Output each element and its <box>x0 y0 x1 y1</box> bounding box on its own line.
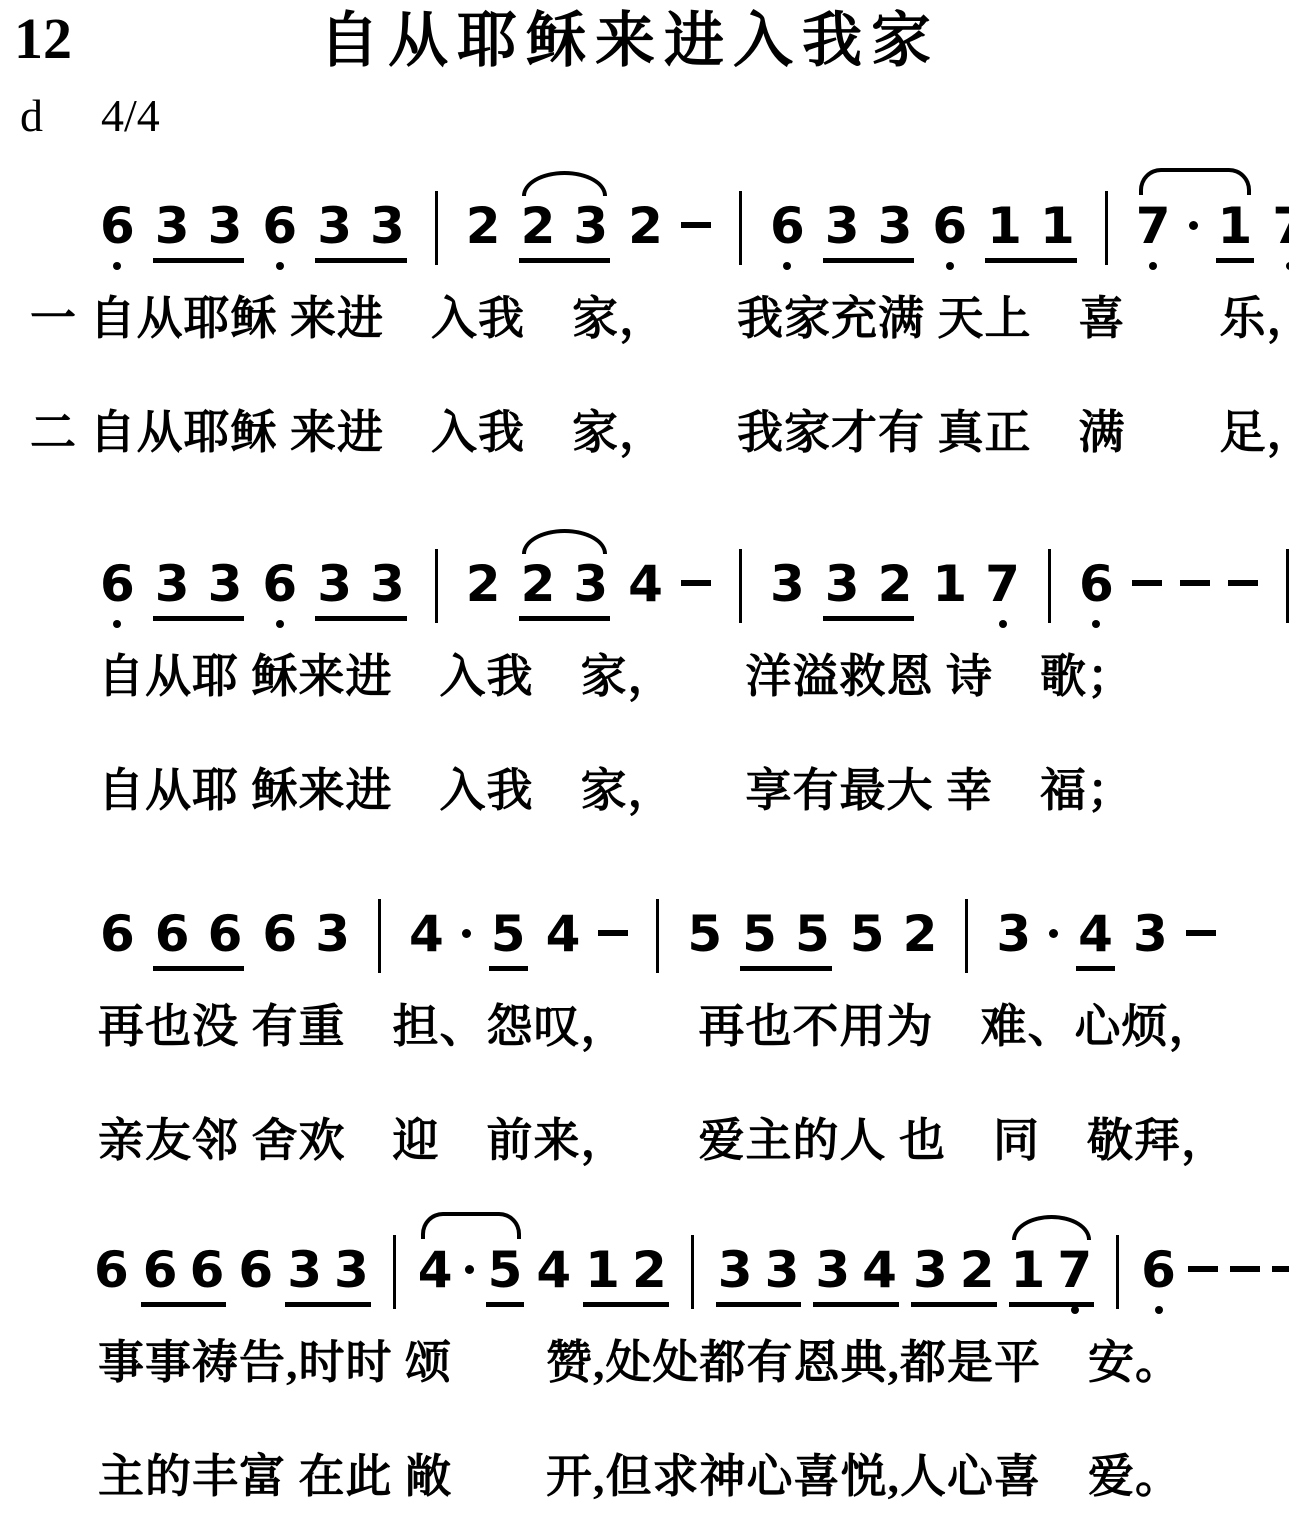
low-octave-dot-icon <box>783 262 791 270</box>
note: 1 <box>932 556 967 612</box>
lyric-line: 二 自从耶稣 来进 入我 家， 我家才有 真正 满 足， <box>30 406 1275 460</box>
duration-dash <box>1188 1266 1218 1272</box>
note: 2 <box>521 556 556 612</box>
note: 4 <box>536 1242 571 1298</box>
notation-line: 6666345455552343 <box>100 906 1275 972</box>
notation-line: 6336332232633611717 <box>100 198 1275 264</box>
note: 6 <box>1141 1242 1176 1298</box>
lyric-line: 再也没 有重 担、怨叹， 再也不用为 难、心烦， <box>98 1000 1275 1054</box>
beam-group: 23 <box>519 198 611 263</box>
note: 7 <box>1057 1242 1092 1298</box>
note: 1 <box>1040 198 1075 254</box>
note: 5 <box>687 906 722 962</box>
note: 4 <box>1078 906 1113 962</box>
note: 7 <box>1136 198 1171 254</box>
system-3: 6666345455552343再也没 有重 担、怨叹， 再也不用为 难、心烦，… <box>14 906 1275 1168</box>
beam-group: 55 <box>740 906 832 971</box>
note: 4 <box>628 556 663 612</box>
beam-group: 33 <box>823 198 915 263</box>
lyric-line: 亲友邻 舍欢 迎 前来， 爱主的人 也 同 敬拜， <box>98 1114 1275 1168</box>
lyric-line: 事事祷告,时时 颂 赞,处处都有恩典,都是平 安。 <box>98 1336 1275 1390</box>
low-octave-dot-icon <box>946 262 954 270</box>
system-4: 66663345412333432176事事祷告,时时 颂 赞,处处都有恩典,都… <box>14 1242 1275 1504</box>
note: 3 <box>825 556 860 612</box>
duration-dash <box>681 580 711 586</box>
note: 1 <box>1011 1242 1046 1298</box>
lyric-line: 自从耶 稣来进 入我 家， 享有最大 幸 福； <box>98 764 1275 818</box>
barline <box>1048 549 1051 623</box>
key-time-row: d 4/4 <box>20 90 1275 142</box>
duration-dash <box>681 222 711 228</box>
augmentation-dot-icon <box>1049 929 1058 938</box>
note: 5 <box>488 1242 523 1298</box>
slur-arc-icon <box>1012 1215 1092 1240</box>
barline <box>1105 191 1108 265</box>
time-signature: 4/4 <box>101 90 160 142</box>
duration-dash <box>1228 580 1258 586</box>
note: 1 <box>1218 198 1253 254</box>
note: 3 <box>765 1242 800 1298</box>
low-octave-dot-icon <box>1149 262 1157 270</box>
note: 3 <box>573 198 608 254</box>
note: 6 <box>100 906 135 962</box>
note: 5 <box>742 906 777 962</box>
note: 6 <box>262 198 297 254</box>
music-body: 6336332232633611717一 自从耶稣 来进 入我 家， 我家充满 … <box>14 198 1275 1504</box>
beam-group: 17 <box>1009 1242 1095 1307</box>
note: 6 <box>94 1242 129 1298</box>
duration-dash <box>598 930 628 936</box>
note: 4 <box>862 1242 897 1298</box>
hymn-title: 自从耶稣来进入我家 <box>319 6 940 76</box>
barline <box>393 1235 396 1309</box>
note: 6 <box>770 198 805 254</box>
note: 3 <box>317 556 352 612</box>
duration-dash <box>1186 930 1216 936</box>
slur-group: 17 <box>1009 1242 1095 1307</box>
duration-dash <box>1272 1266 1289 1272</box>
beam-group: 5 <box>486 1242 525 1307</box>
note: 3 <box>770 556 805 612</box>
slur-group: 45 <box>418 1242 525 1307</box>
barline <box>656 899 659 973</box>
barline <box>691 1235 694 1309</box>
beam-group: 11 <box>985 198 1077 263</box>
note: 5 <box>491 906 526 962</box>
note: 2 <box>466 556 501 612</box>
note: 3 <box>317 198 352 254</box>
beam-group: 66 <box>141 1242 227 1307</box>
beam-group: 23 <box>519 556 611 621</box>
header: 12 自从耶稣来进入我家 <box>14 6 1275 76</box>
note: 6 <box>238 1242 273 1298</box>
low-octave-dot-icon <box>113 620 121 628</box>
beam-group: 66 <box>153 906 245 971</box>
note: 2 <box>960 1242 995 1298</box>
note: 6 <box>100 556 135 612</box>
augmentation-dot-icon <box>465 1265 474 1274</box>
low-octave-dot-icon <box>276 620 284 628</box>
note: 3 <box>996 906 1031 962</box>
note: 6 <box>262 906 297 962</box>
note: 3 <box>370 556 405 612</box>
note: 3 <box>287 1242 322 1298</box>
note: 6 <box>100 198 135 254</box>
note: 4 <box>418 1242 453 1298</box>
note: 3 <box>155 198 190 254</box>
slur-arc-icon <box>522 171 608 196</box>
beam-group: 1 <box>1216 198 1255 263</box>
slur-group: 71 <box>1136 198 1255 263</box>
beam-group: 32 <box>911 1242 997 1307</box>
note: 3 <box>815 1242 850 1298</box>
note: 3 <box>1133 906 1168 962</box>
lyric-line: 一 自从耶稣 来进 入我 家， 我家充满 天上 喜 乐， <box>30 292 1275 346</box>
slur-arc-icon <box>522 529 608 554</box>
barline <box>739 191 742 265</box>
low-octave-dot-icon <box>1092 620 1100 628</box>
note: 3 <box>573 556 608 612</box>
note: 3 <box>208 198 243 254</box>
note: 3 <box>315 906 350 962</box>
note: 3 <box>334 1242 369 1298</box>
notation-line: 66663345412333432176 <box>94 1242 1275 1308</box>
low-octave-dot-icon <box>1071 1306 1079 1314</box>
duration-dash <box>1180 580 1210 586</box>
note: 3 <box>370 198 405 254</box>
beam-group: 33 <box>153 198 245 263</box>
note: 3 <box>718 1242 753 1298</box>
beam-group: 5 <box>489 906 528 971</box>
note: 2 <box>466 198 501 254</box>
note: 2 <box>628 198 663 254</box>
beam-group: 33 <box>315 198 407 263</box>
beam-group: 32 <box>823 556 915 621</box>
beam-group: 33 <box>315 556 407 621</box>
note: 2 <box>903 906 938 962</box>
slur-arc-icon <box>1139 168 1252 195</box>
slur-group: 23 <box>519 556 611 621</box>
note: 6 <box>932 198 967 254</box>
note: 6 <box>155 906 190 962</box>
note: 3 <box>155 556 190 612</box>
note: 6 <box>1079 556 1114 612</box>
augmentation-dot-icon <box>1189 221 1198 230</box>
low-octave-dot-icon <box>113 262 121 270</box>
barline <box>1116 1235 1119 1309</box>
note: 1 <box>987 198 1022 254</box>
barline <box>739 549 742 623</box>
lyric-line: 主的丰富 在此 敞 开,但求神心喜悦,人心喜 爱。 <box>98 1450 1275 1504</box>
beam-group: 4 <box>1076 906 1115 971</box>
note: 2 <box>521 198 556 254</box>
slur-group: 23 <box>519 198 611 263</box>
note: 5 <box>795 906 830 962</box>
note: 5 <box>850 906 885 962</box>
note: 6 <box>190 1242 225 1298</box>
note: 4 <box>409 906 444 962</box>
note: 1 <box>585 1242 620 1298</box>
note: 6 <box>262 556 297 612</box>
note: 7 <box>1272 198 1289 254</box>
duration-dash <box>1230 1266 1260 1272</box>
barline <box>965 899 968 973</box>
key-signature: d <box>20 90 43 142</box>
barline <box>435 549 438 623</box>
beam-group: 33 <box>285 1242 371 1307</box>
beam-group: 34 <box>813 1242 899 1307</box>
note: 7 <box>985 556 1020 612</box>
barline <box>378 899 381 973</box>
beam-group: 12 <box>583 1242 669 1307</box>
note: 6 <box>208 906 243 962</box>
note: 3 <box>208 556 243 612</box>
barline <box>1286 549 1289 623</box>
hymn-number: 12 <box>14 6 104 72</box>
note: 2 <box>632 1242 667 1298</box>
system-2: 6336332234332176自从耶 稣来进 入我 家， 洋溢救恩 诗 歌；自… <box>14 556 1275 818</box>
low-octave-dot-icon <box>999 620 1007 628</box>
note: 6 <box>143 1242 178 1298</box>
note: 4 <box>546 906 581 962</box>
duration-dash <box>1132 580 1162 586</box>
hymn-sheet-page: 12 自从耶稣来进入我家 d 4/4 6336332232633611717一 … <box>0 0 1289 1504</box>
note: 2 <box>878 556 913 612</box>
notation-line: 6336332234332176 <box>100 556 1275 622</box>
slur-arc-icon <box>421 1212 522 1239</box>
beam-group: 33 <box>716 1242 802 1307</box>
note: 3 <box>878 198 913 254</box>
beam-group: 33 <box>153 556 245 621</box>
augmentation-dot-icon <box>462 929 471 938</box>
lyric-line: 自从耶 稣来进 入我 家， 洋溢救恩 诗 歌； <box>98 650 1275 704</box>
note: 3 <box>913 1242 948 1298</box>
barline <box>435 191 438 265</box>
note: 3 <box>825 198 860 254</box>
system-1: 6336332232633611717一 自从耶稣 来进 入我 家， 我家充满 … <box>14 198 1275 460</box>
low-octave-dot-icon <box>276 262 284 270</box>
low-octave-dot-icon <box>1155 1306 1163 1314</box>
